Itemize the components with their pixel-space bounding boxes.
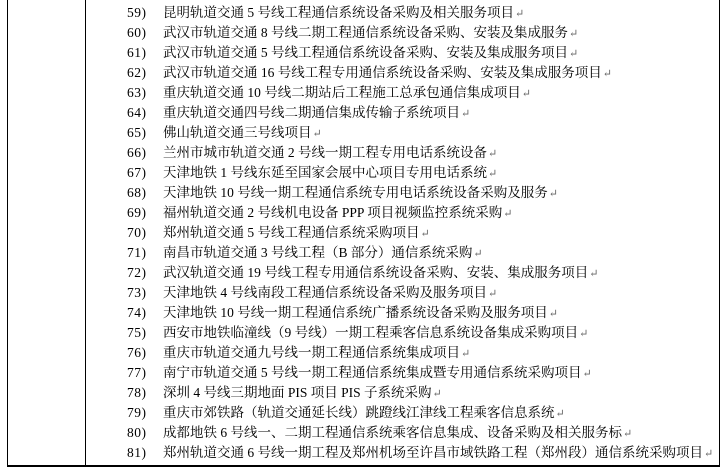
paragraph-mark-icon: ↵	[556, 408, 565, 420]
paragraph-mark-icon: ↵	[569, 28, 578, 40]
item-number: 63)	[127, 83, 163, 103]
list-item: 61)武汉市轨道交通 5 号线工程通信系统设备采购、安装及集成服务项目↵	[86, 43, 718, 63]
list-item: 67)天津地铁 1 号线东延至国家会展中心项目专用电话系统↵	[86, 163, 718, 183]
paragraph-mark-icon: ↵	[549, 308, 558, 320]
list-item: 71)南昌市轨道交通 3 号线工程（B 部分）通信系统采购↵	[86, 243, 718, 263]
item-number: 61)	[127, 43, 163, 63]
list-item: 60)武汉市轨道交通 8 号线二期工程通信系统设备采购、安装及集成服务↵	[86, 23, 718, 43]
paragraph-mark-icon: ↵	[313, 128, 322, 140]
paragraph-mark-icon: ↵	[589, 268, 598, 280]
list-item: 77)南宁市轨道交通 5 号线一期工程通信系统集成暨专用通信系统采购项目↵	[86, 363, 718, 383]
paragraph-mark-icon: ↵	[522, 88, 531, 100]
item-text: 天津地铁 10 号线一期工程通信系统专用电话系统设备采购及服务	[163, 185, 548, 200]
item-text: 佛山轨道交通三号线项目	[163, 125, 312, 140]
item-number: 74)	[127, 303, 163, 323]
paragraph-mark-icon: ↵	[515, 8, 524, 20]
item-text: 重庆轨道交通 10 号线二期站后工程施工总承包通信集成项目	[163, 85, 521, 100]
list-item: 72)武汉轨道交通 19 号线工程专用通信系统设备采购、安装、集成服务项目↵	[86, 263, 718, 283]
list-item: 68)天津地铁 10 号线一期工程通信系统专用电话系统设备采购及服务↵	[86, 183, 718, 203]
list-item: 75)西安市地铁临潼线（9 号线）一期工程乘客信息系统设备集成采购项目↵	[86, 323, 718, 343]
paragraph-mark-icon: ↵	[569, 48, 578, 60]
paragraph-mark-icon: ↵	[704, 448, 713, 460]
paragraph-mark-icon: ↵	[488, 288, 497, 300]
item-number: 64)	[127, 103, 163, 123]
table-border-bottom	[7, 465, 720, 467]
item-text: 兰州市城市轨道交通 2 号线一期工程专用电话系统设备	[163, 145, 487, 160]
item-text: 重庆市轨道交通九号线一期工程通信系统集成项目	[163, 345, 460, 360]
item-text: 重庆轨道交通四号线二期通信集成传输子系统项目	[163, 105, 460, 120]
item-number: 78)	[127, 383, 163, 403]
paragraph-mark-icon: ↵	[421, 228, 430, 240]
item-text: 西安市地铁临潼线（9 号线）一期工程乘客信息系统设备集成采购项目	[163, 325, 578, 340]
item-number: 80)	[127, 423, 163, 443]
paragraph-mark-icon: ↵	[549, 188, 558, 200]
table-border-left	[7, 0, 8, 467]
item-text: 南昌市轨道交通 3 号线工程（B 部分）通信系统采购	[163, 245, 472, 260]
list-item: 70)郑州轨道交通 5 号线工程通信系统采购项目↵	[86, 223, 718, 243]
list-item: 76)重庆市轨道交通九号线一期工程通信系统集成项目↵	[86, 343, 718, 363]
item-number: 65)	[127, 123, 163, 143]
paragraph-mark-icon: ↵	[603, 68, 612, 80]
item-number: 77)	[127, 363, 163, 383]
item-text: 天津地铁 1 号线东延至国家会展中心项目专用电话系统	[163, 165, 487, 180]
table-cell-project-list: 59)昆明轨道交通 5 号线工程通信系统设备采购及相关服务项目↵ 60)武汉市轨…	[86, 3, 718, 465]
item-text: 武汉市轨道交通 5 号线工程通信系统设备采购、安装及集成服务项目	[163, 45, 568, 60]
item-number: 69)	[127, 203, 163, 223]
item-text: 成都地铁 6 号线一、二期工程通信系统乘客信息集成、设备采购及相关服务标	[163, 425, 622, 440]
paragraph-mark-icon: ↵	[579, 328, 588, 340]
item-number: 79)	[127, 403, 163, 423]
list-item: 78)深圳 4 号线三期地面 PIS 项目 PIS 子系统采购↵	[86, 383, 718, 403]
paragraph-mark-icon: ↵	[488, 168, 497, 180]
item-text: 深圳 4 号线三期地面 PIS 项目 PIS 子系统采购	[163, 385, 432, 400]
item-text: 重庆市郊铁路（轨道交通延长线）跳蹬线江津线工程乘客信息系统	[163, 405, 555, 420]
list-item: 64)重庆轨道交通四号线二期通信集成传输子系统项目↵	[86, 103, 718, 123]
item-text: 郑州轨道交通 5 号线工程通信系统采购项目	[163, 225, 420, 240]
list-item: 79)重庆市郊铁路（轨道交通延长线）跳蹬线江津线工程乘客信息系统↵	[86, 403, 718, 423]
list-item: 73)天津地铁 4 号线南段工程通信系统设备采购及服务项目↵	[86, 283, 718, 303]
list-item: 80)成都地铁 6 号线一、二期工程通信系统乘客信息集成、设备采购及相关服务标↵	[86, 423, 718, 443]
paragraph-mark-icon: ↵	[461, 108, 470, 120]
paragraph-mark-icon: ↵	[433, 388, 442, 400]
list-item: 63)重庆轨道交通 10 号线二期站后工程施工总承包通信集成项目↵	[86, 83, 718, 103]
item-number: 62)	[127, 63, 163, 83]
item-number: 68)	[127, 183, 163, 203]
item-number: 76)	[127, 343, 163, 363]
paragraph-mark-icon: ↵	[488, 148, 497, 160]
paragraph-mark-icon: ↵	[503, 208, 512, 220]
item-number: 60)	[127, 23, 163, 43]
item-text: 武汉市轨道交通 8 号线二期工程通信系统设备采购、安装及集成服务	[163, 25, 568, 40]
table-border-right	[719, 0, 720, 467]
list-item: 66)兰州市城市轨道交通 2 号线一期工程专用电话系统设备↵	[86, 143, 718, 163]
list-item: 74)天津地铁 10 号线一期工程通信系统广播系统设备采购及服务项目↵	[86, 303, 718, 323]
item-text: 昆明轨道交通 5 号线工程通信系统设备采购及相关服务项目	[163, 5, 514, 20]
item-number: 70)	[127, 223, 163, 243]
list-item: 69)福州轨道交通 2 号线机电设备 PPP 项目视频监控系统采购↵	[86, 203, 718, 223]
list-item: 65)佛山轨道交通三号线项目↵	[86, 123, 718, 143]
list-item: 59)昆明轨道交通 5 号线工程通信系统设备采购及相关服务项目↵	[86, 3, 718, 23]
item-text: 郑州轨道交通 6 号线一期工程及郑州机场至许昌市域铁路工程（郑州段）通信系统采购…	[163, 445, 703, 460]
paragraph-mark-icon: ↵	[583, 368, 592, 380]
list-item: 81)郑州轨道交通 6 号线一期工程及郑州机场至许昌市域铁路工程（郑州段）通信系…	[86, 443, 718, 463]
item-number: 72)	[127, 263, 163, 283]
item-text: 武汉市轨道交通 16 号线工程专用通信系统设备采购、安装及集成服务项目	[163, 65, 602, 80]
paragraph-mark-icon: ↵	[623, 428, 632, 440]
paragraph-mark-icon: ↵	[461, 348, 470, 360]
item-number: 73)	[127, 283, 163, 303]
item-number: 81)	[127, 443, 163, 463]
item-text: 天津地铁 10 号线一期工程通信系统广播系统设备采购及服务项目	[163, 305, 548, 320]
item-number: 71)	[127, 243, 163, 263]
item-text: 天津地铁 4 号线南段工程通信系统设备采购及服务项目	[163, 285, 487, 300]
item-number: 59)	[127, 3, 163, 23]
item-number: 75)	[127, 323, 163, 343]
item-text: 武汉轨道交通 19 号线工程专用通信系统设备采购、安装、集成服务项目	[163, 265, 588, 280]
item-number: 67)	[127, 163, 163, 183]
paragraph-mark-icon: ↵	[473, 248, 482, 260]
item-text: 南宁市轨道交通 5 号线一期工程通信系统集成暨专用通信系统采购项目	[163, 365, 582, 380]
item-number: 66)	[127, 143, 163, 163]
item-text: 福州轨道交通 2 号线机电设备 PPP 项目视频监控系统采购	[163, 205, 502, 220]
list-item: 62)武汉市轨道交通 16 号线工程专用通信系统设备采购、安装及集成服务项目↵	[86, 63, 718, 83]
document-page: 59)昆明轨道交通 5 号线工程通信系统设备采购及相关服务项目↵ 60)武汉市轨…	[0, 0, 724, 473]
